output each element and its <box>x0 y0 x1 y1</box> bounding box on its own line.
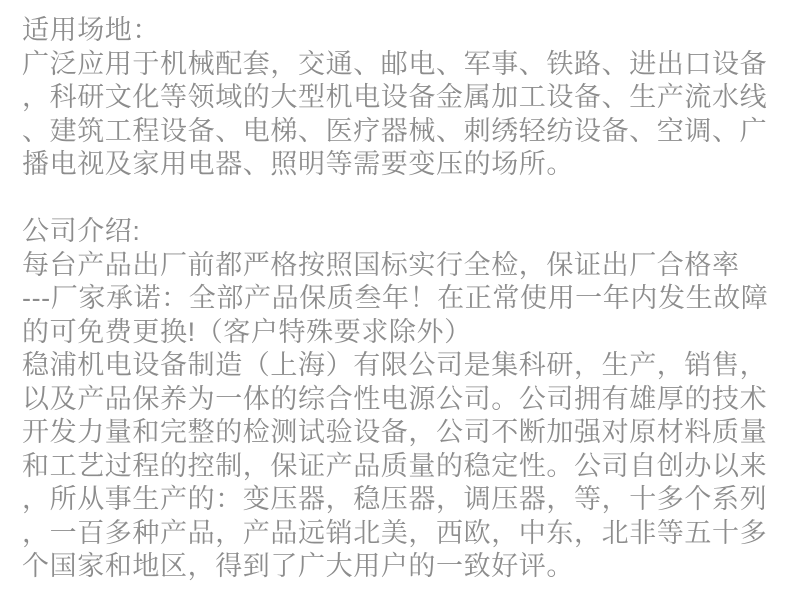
text-line: ，一百多种产品，产品远销北美，西欧，中东，北非等五十多 <box>22 517 772 551</box>
usage-section-heading: 适用场地： <box>22 14 772 48</box>
text-line: 和工艺过程的控制，保证产品质量的稳定性。公司自创办以来 <box>22 450 772 484</box>
company-intro-heading: 公司介绍: <box>22 215 772 249</box>
text-line: ，科研文化等领域的大型机电设备金属加工设备、生产流水线 <box>22 81 772 115</box>
text-line: 以及产品保养为一体的综合性电源公司。公司拥有雄厚的技术 <box>22 383 772 417</box>
text-line: 开发力量和完整的检测试验设备，公司不断加强对原材料质量 <box>22 416 772 450</box>
company-intro-section: 公司介绍: 每台产品出厂前都严格按照国标实行全检，保证出厂合格率 ---厂家承诺… <box>22 215 772 584</box>
text-line: 稳浦机电设备制造（上海）有限公司是集科研，生产，销售， <box>22 349 772 383</box>
text-line: 的可免费更换!（客户特殊要求除外） <box>22 316 772 350</box>
text-line: ---厂家承诺：全部产品保质叁年！在正常使用一年内发生故障 <box>22 282 772 316</box>
product-description-page: 适用场地： 广泛应用于机械配套，交通、邮电、军事、铁路、进出口设备 ，科研文化等… <box>0 0 790 604</box>
text-line: 、建筑工程设备、电梯、医疗器械、刺绣轻纺设备、空调、广 <box>22 115 772 149</box>
text-line: 广泛应用于机械配套，交通、邮电、军事、铁路、进出口设备 <box>22 48 772 82</box>
section-gap <box>22 182 772 216</box>
text-line: 个国家和地区，得到了广大用户的一致好评。 <box>22 550 772 584</box>
text-line: 播电视及家用电器、照明等需要变压的场所。 <box>22 148 772 182</box>
text-line: ，所从事生产的：变压器，稳压器，调压器，等，十多个系列 <box>22 483 772 517</box>
usage-section: 适用场地： 广泛应用于机械配套，交通、邮电、军事、铁路、进出口设备 ，科研文化等… <box>22 14 772 182</box>
text-line: 每台产品出厂前都严格按照国标实行全检，保证出厂合格率 <box>22 249 772 283</box>
